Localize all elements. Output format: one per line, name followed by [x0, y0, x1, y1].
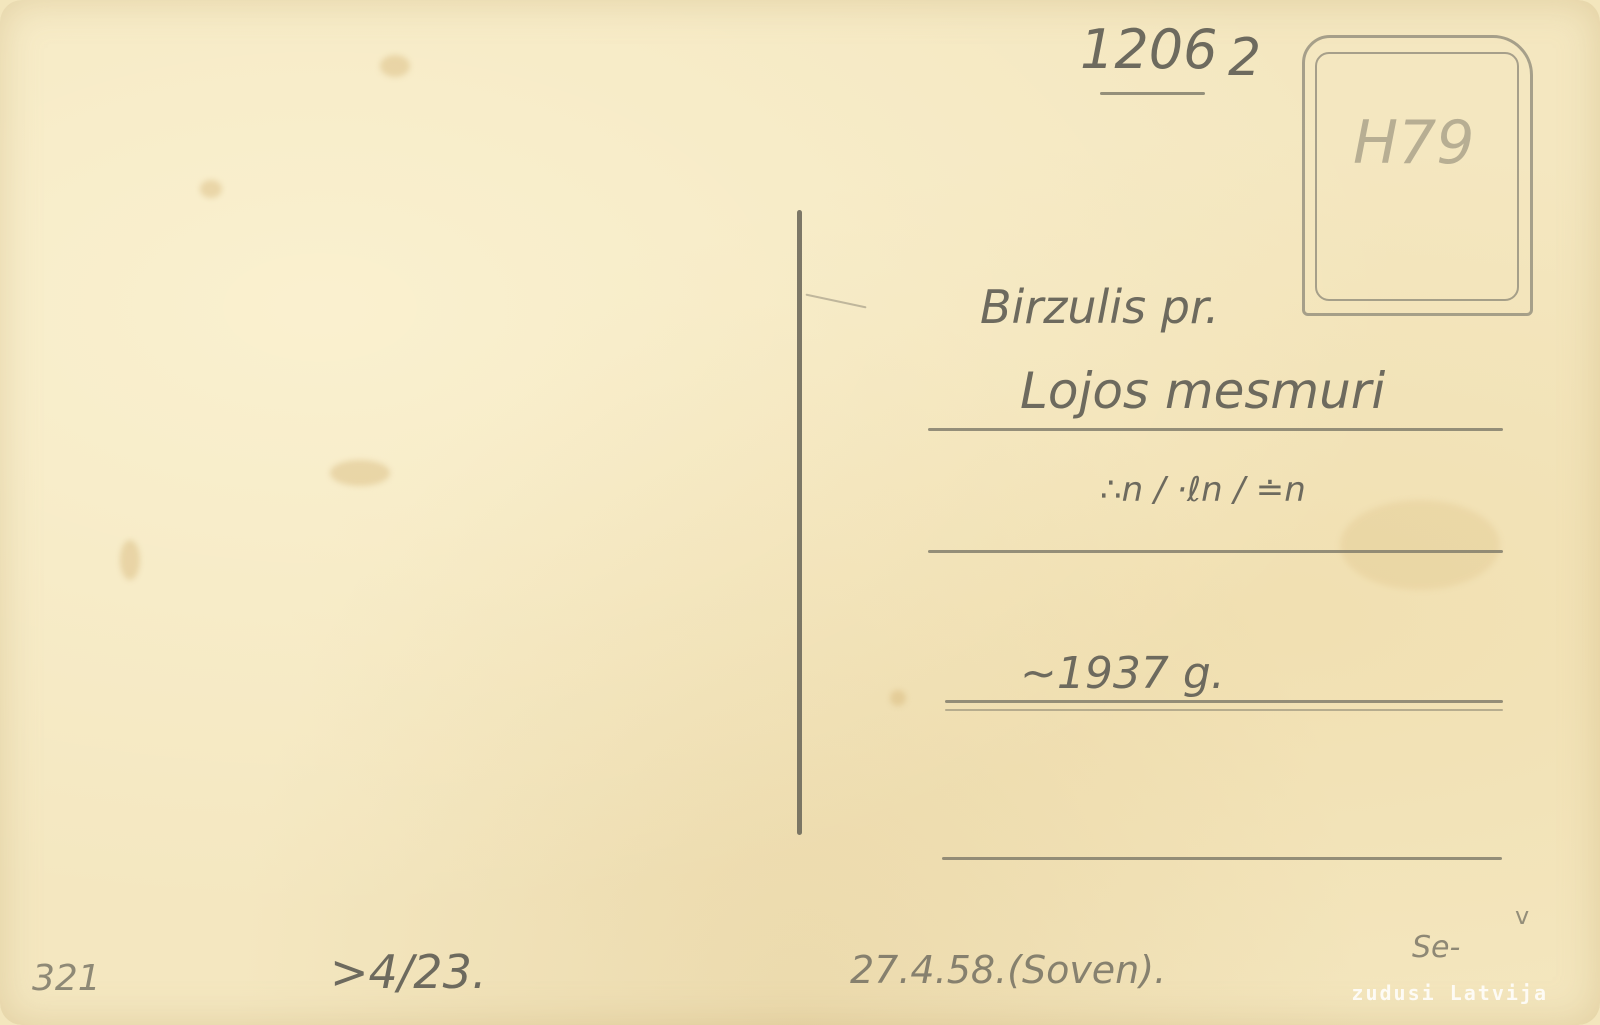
paper-stain — [380, 55, 410, 77]
watermark: zudusi Latvija — [1351, 981, 1548, 1005]
stamp-area: H79 — [1302, 35, 1533, 316]
divider-stroke — [805, 294, 866, 309]
address-rule-3 — [945, 700, 1503, 703]
address-rule-2 — [928, 550, 1503, 553]
paper-stain — [200, 180, 222, 198]
paper-stain — [1340, 500, 1500, 590]
address-rule-1 — [928, 428, 1503, 431]
year-estimate: ~1937 g. — [1020, 648, 1225, 699]
right-note: Se- — [1412, 930, 1460, 965]
paper-stain — [120, 540, 140, 580]
catalog-underline — [1100, 92, 1205, 95]
catalog-number: 1206 — [1080, 18, 1217, 81]
address-rule-4 — [942, 857, 1502, 860]
address-rule-3b — [945, 709, 1503, 711]
number-suffix: 2 — [1228, 28, 1261, 88]
address-line-1: Birzulis pr. — [980, 280, 1219, 334]
reference-number: >4/23. — [330, 945, 486, 999]
address-line-2: Lojos mesmuri — [1020, 362, 1385, 420]
paper-stain — [330, 460, 390, 486]
address-notation: ∴n / ·ℓn / ≐n — [1100, 470, 1306, 510]
check-mark: v — [1515, 902, 1529, 930]
center-divider — [797, 210, 802, 835]
postcard-reverse: 1206 2 H79 Birzulis pr. Lojos mesmuri ∴n… — [0, 0, 1600, 1025]
paper-stain — [890, 690, 906, 706]
left-number: 321 — [32, 958, 101, 999]
stamp-mark: H79 — [1353, 108, 1474, 178]
date-note: 27.4.58.(Soven). — [850, 948, 1166, 992]
